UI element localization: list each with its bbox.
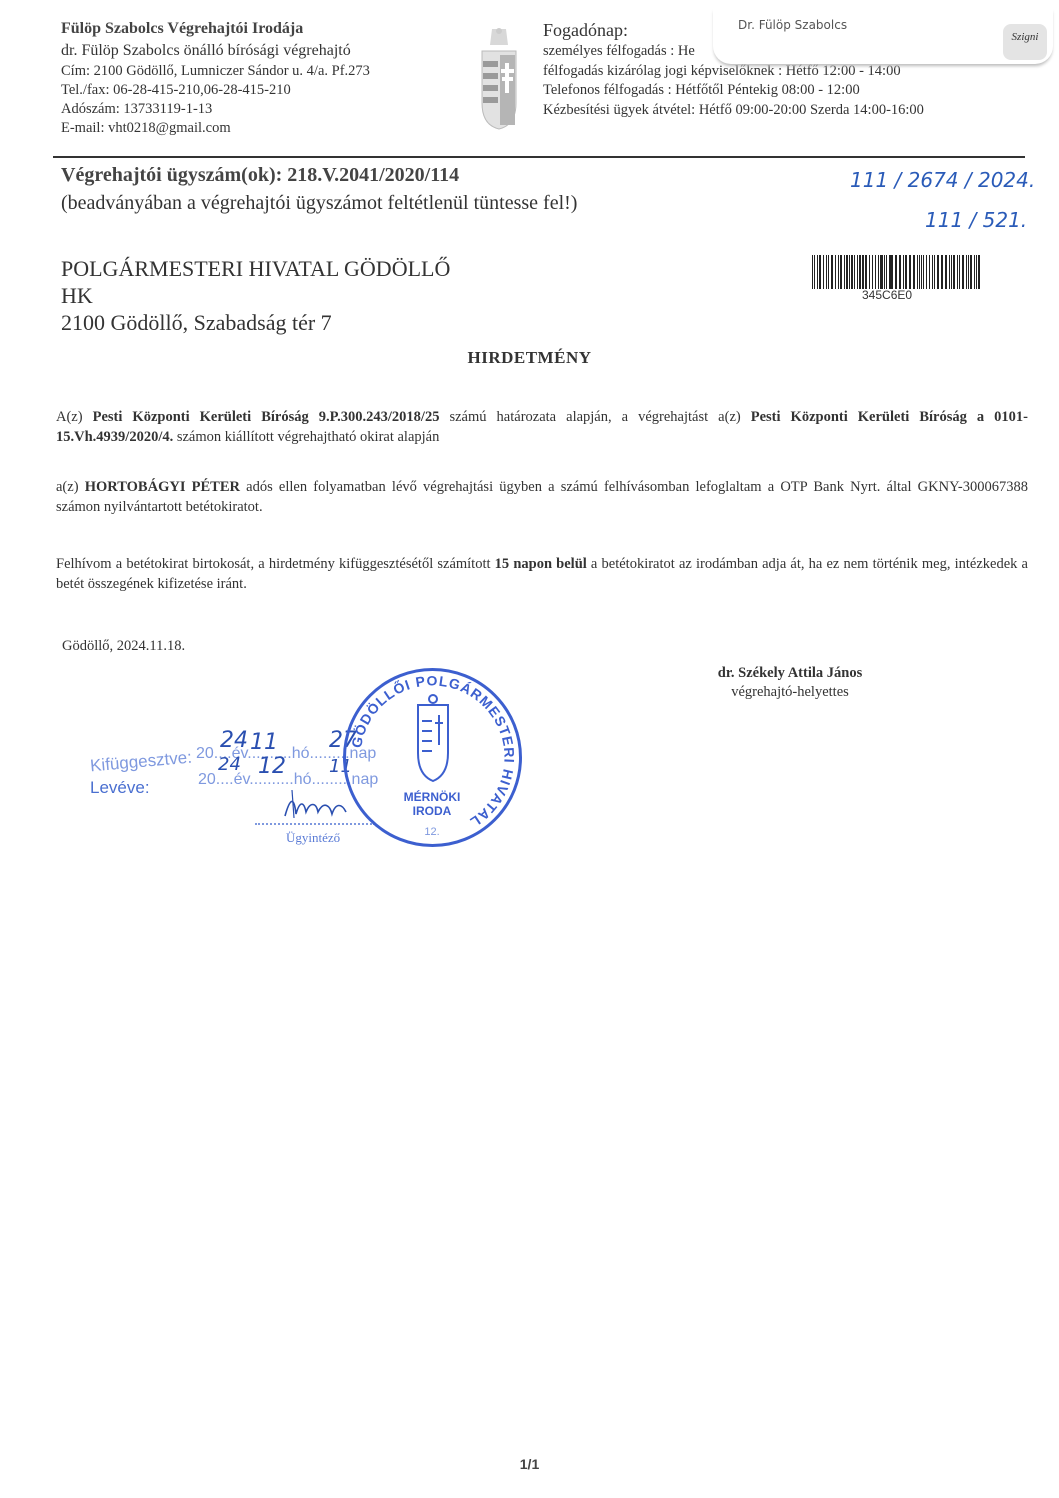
barcode-bar	[957, 255, 958, 289]
reception-line: Telefonos félfogadás : Hétfőtől Péntekig…	[543, 81, 1043, 101]
page-indicator: 1/1	[0, 1456, 1059, 1472]
barcode-bar	[846, 255, 847, 289]
office-name: Fülöp Szabolcs Végrehajtói Irodája	[61, 18, 481, 40]
barcode-bar	[826, 255, 827, 289]
posted-month: 11	[250, 730, 278, 755]
barcode-bar	[976, 255, 977, 289]
reception-line: félfogadás kizárólag jogi képviselőknek …	[543, 62, 1043, 82]
handwritten-reference-line2: 111 / 521.	[925, 208, 1027, 232]
barcode-bar	[878, 255, 879, 289]
svg-text:12.: 12.	[424, 826, 439, 838]
office-email: E-mail: vht0218@gmail.com	[61, 119, 481, 138]
signature-image: Szigni	[1003, 24, 1047, 60]
barcode-bar	[929, 255, 930, 289]
official-round-stamp: GÖDÖLLŐI POLGÁRMESTERI HIVATAL MÉRNÖKI I…	[340, 665, 525, 850]
barcode-bar	[970, 255, 971, 289]
svg-text:IRODA: IRODA	[413, 804, 452, 818]
overlay-note-name: Dr. Fülöp Szabolcs	[738, 18, 847, 32]
case-number: Végrehajtói ügyszám(ok): 218.V.2041/2020…	[61, 164, 459, 187]
posted-year: 24	[220, 728, 248, 753]
barcode-bar	[854, 255, 855, 289]
svg-text:MÉRNÖKI: MÉRNÖKI	[404, 789, 461, 804]
barcode-bar	[875, 255, 876, 289]
barcode-bar	[917, 255, 918, 289]
signer-block: dr. Székely Attila János végrehajtó-hely…	[640, 664, 940, 702]
barcode-bar	[932, 255, 933, 289]
reception-line: Kézbesítési ügyek átvétel: Hétfő 09:00-2…	[543, 101, 1043, 121]
barcode-bar	[838, 255, 839, 289]
barcode-bar	[859, 255, 860, 289]
place-date: Gödöllő, 2024.11.18.	[62, 638, 185, 655]
text: számú határozata alapján, a végrehajtást…	[439, 409, 750, 425]
text: számon kiállított végrehajtható okirat a…	[173, 429, 439, 445]
barcode-bar	[814, 255, 815, 289]
signature-overlay-note: Dr. Fülöp Szabolcs Szigni	[713, 8, 1053, 64]
letterhead-left: Fülöp Szabolcs Végrehajtói Irodája dr. F…	[61, 18, 481, 138]
posted-label: Kifüggesztve:	[89, 748, 192, 777]
barcode-bar	[823, 255, 824, 289]
barcode-bar	[913, 255, 915, 289]
text: a(z)	[56, 479, 85, 495]
barcode-bar	[903, 255, 904, 289]
barcode-bar	[951, 255, 952, 289]
barcode-bar	[923, 255, 924, 289]
signer-role: végrehajtó-helyettes	[640, 683, 940, 702]
barcode-bar	[968, 255, 969, 289]
barcode-bar	[865, 255, 867, 289]
barcode-bar	[959, 255, 960, 289]
recipient-address: 2100 Gödöllő, Szabadság tér 7	[61, 309, 450, 336]
office-address: Cím: 2100 Gödöllő, Lumniczer Sándor u. 4…	[61, 62, 481, 81]
office-phone: Tel./fax: 06-28-415-210,06-28-415-210	[61, 81, 481, 100]
barcode-bar	[889, 255, 890, 289]
barcode-bar	[945, 255, 946, 289]
header-divider	[53, 156, 1025, 158]
recipient-name: POLGÁRMESTERI HIVATAL GÖDÖLLŐ	[61, 255, 450, 282]
barcode-bar	[953, 255, 955, 289]
debtor-name: HORTOBÁGYI PÉTER	[85, 479, 240, 495]
removed-label: Levéve:	[90, 778, 150, 798]
barcode-bar	[941, 255, 943, 289]
barcode-bar	[835, 255, 836, 289]
barcode-bar	[966, 255, 967, 289]
barcode-bar	[872, 255, 873, 289]
document-title: HIRDETMÉNY	[0, 348, 1059, 368]
barcode-bar	[919, 255, 920, 289]
barcode-bar	[857, 255, 858, 289]
barcode-bar	[844, 255, 845, 289]
barcode-bar	[962, 255, 964, 289]
barcode-bar	[812, 255, 813, 289]
barcode-bar	[934, 255, 935, 289]
office-tax-id: Adószám: 13733119-1-13	[61, 100, 481, 119]
barcode-bar	[978, 255, 979, 289]
barcode-bar	[869, 255, 870, 289]
barcode-bar	[862, 255, 864, 289]
barcode-bar	[937, 255, 939, 289]
paragraph-court-decision: A(z) Pesti Központi Kerületi Bíróság 9.P…	[56, 408, 1028, 447]
barcode-bar	[909, 255, 911, 289]
barcode-bar	[895, 255, 897, 289]
recipient-block: POLGÁRMESTERI HIVATAL GÖDÖLLŐ HK 2100 Gö…	[61, 255, 450, 336]
barcode	[812, 255, 982, 289]
court-ref: Pesti Központi Kerületi Bíróság 9.P.300.…	[93, 409, 440, 425]
text: A(z)	[56, 409, 93, 425]
barcode-bar	[905, 255, 907, 289]
barcode-bar	[831, 255, 832, 289]
barcode-bar	[974, 255, 975, 289]
removed-month: 12	[258, 754, 286, 779]
recipient-dept: HK	[61, 282, 450, 309]
deadline: 15 napon belül	[495, 556, 587, 572]
barcode-bar	[890, 255, 892, 289]
barcode-bar	[949, 255, 950, 289]
paragraph-notice: Felhívom a betétokirat birtokosát, a hir…	[56, 555, 1028, 594]
bailiff-name: dr. Fülöp Szabolcs önálló bírósági végre…	[61, 40, 481, 62]
case-instruction: (beadványában a végrehajtói ügyszámot fe…	[61, 192, 577, 215]
barcode-bar	[880, 255, 882, 289]
handwritten-reference-line1: 111 / 2674 / 2024.	[850, 168, 1035, 192]
barcode-bar	[886, 255, 887, 289]
hungarian-coat-of-arms-icon	[478, 25, 520, 133]
barcode-bar	[849, 255, 850, 289]
text: Felhívom a betétokirat birtokosát, a hir…	[56, 556, 495, 572]
clerk-label: Ügyintéző	[286, 830, 340, 846]
barcode-bar	[819, 255, 821, 289]
barcode-bar	[899, 255, 901, 289]
signer-name: dr. Székely Attila János	[640, 664, 940, 683]
barcode-bar	[884, 255, 885, 289]
barcode-bar	[817, 255, 818, 289]
paragraph-debtor: a(z) HORTOBÁGYI PÉTER adós ellen folyama…	[56, 478, 1028, 517]
barcode-bar	[851, 255, 852, 289]
barcode-bar	[828, 255, 829, 289]
barcode-bar	[840, 255, 842, 289]
barcode-bar	[921, 255, 922, 289]
removed-year: 24	[218, 754, 241, 775]
barcode-bar	[926, 255, 927, 289]
barcode-code: 345C6E0	[862, 288, 912, 302]
